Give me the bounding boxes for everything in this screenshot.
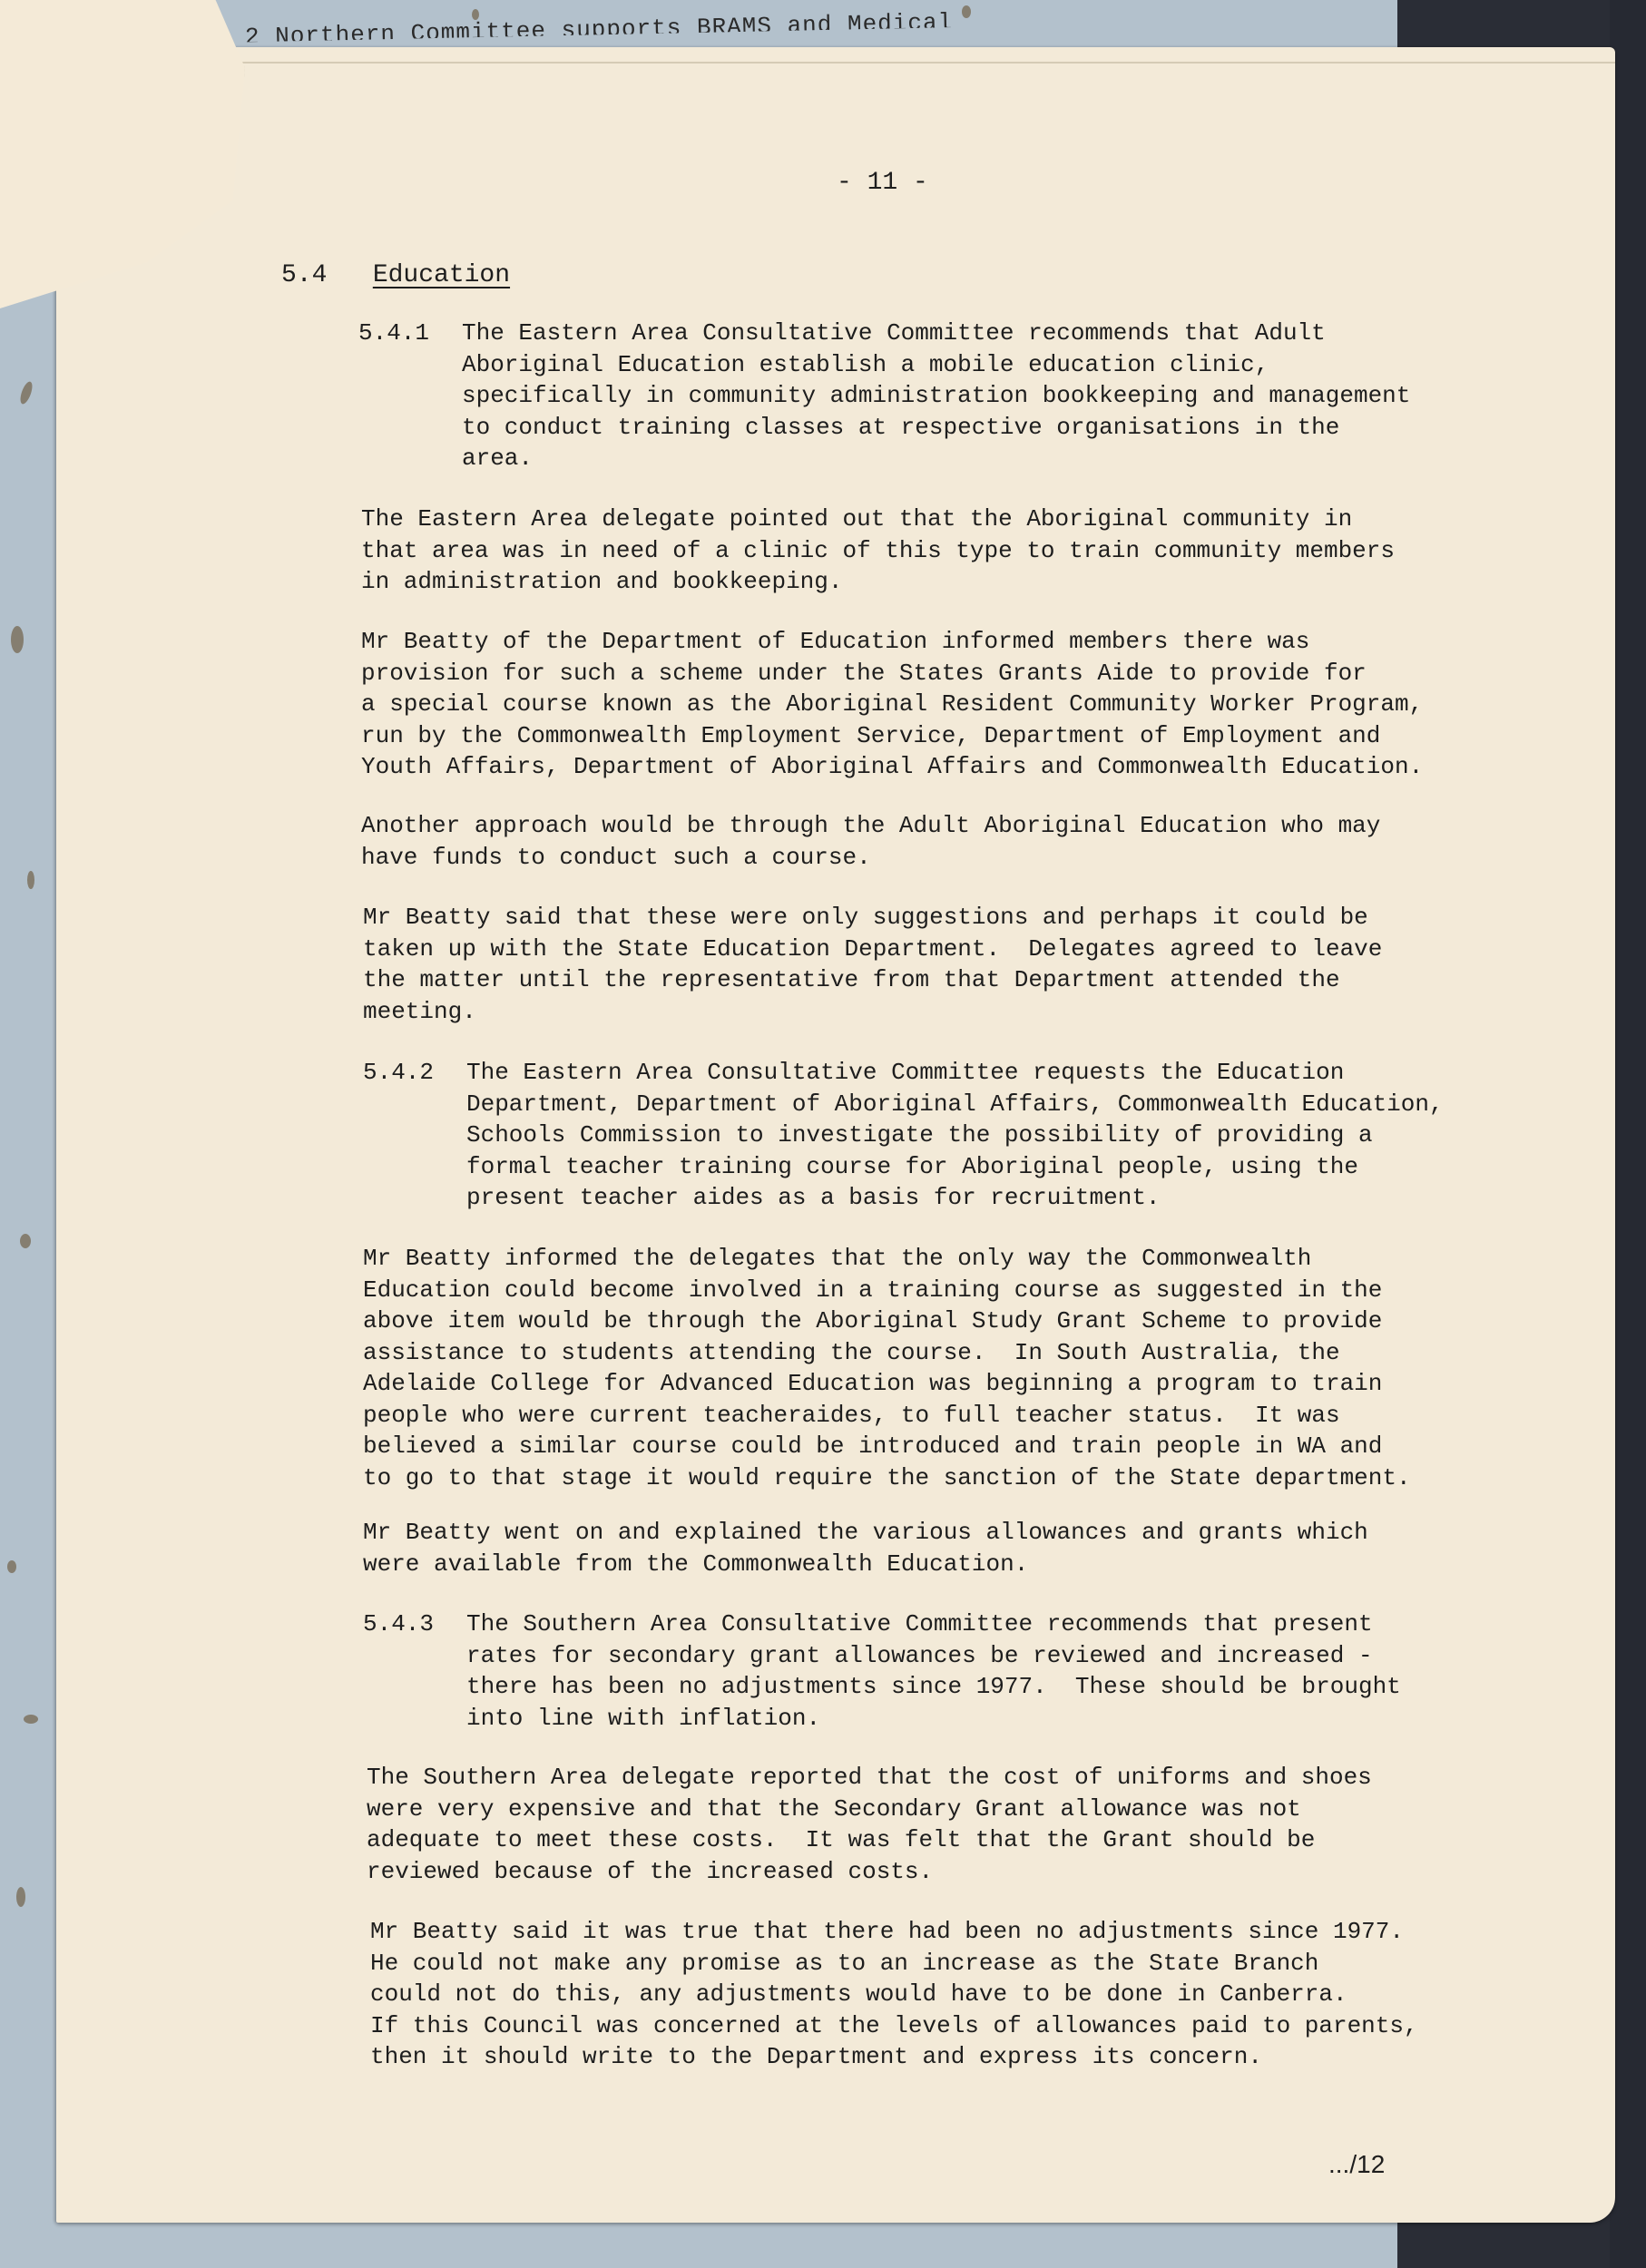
text-line: specifically in community administration… xyxy=(462,380,1410,412)
text-line: that area was in need of a clinic of thi… xyxy=(361,535,1395,567)
text-line: in administration and bookkeeping. xyxy=(361,566,1395,598)
text-line: Schools Commission to investigate the po… xyxy=(466,1119,1444,1151)
section-title: Education xyxy=(373,261,510,289)
text-line: Mr Beatty said that these were only sugg… xyxy=(363,902,1382,934)
text-line: people who were current teacheraides, to… xyxy=(363,1400,1411,1432)
text-line: area. xyxy=(462,443,1410,474)
text-line: the matter until the representative from… xyxy=(363,964,1382,996)
text-line: a special course known as the Aboriginal… xyxy=(361,689,1423,720)
text-line: Education could become involved in a tra… xyxy=(363,1275,1411,1306)
text-line: The Eastern Area Consultative Committee … xyxy=(466,1057,1444,1089)
text-line: Another approach would be through the Ad… xyxy=(361,810,1380,842)
paragraph: Mr Beatty informed the delegates that th… xyxy=(363,1243,1411,1493)
text-line: were very expensive and that the Seconda… xyxy=(367,1794,1372,1825)
paragraph: Mr Beatty of the Department of Education… xyxy=(361,626,1423,783)
text-line: The Southern Area delegate reported that… xyxy=(367,1762,1372,1794)
text-line: have funds to conduct such a course. xyxy=(361,842,1380,874)
paragraph: Mr Beatty went on and explained the vari… xyxy=(363,1517,1368,1579)
agenda-item-5-4-2: 5.4.2 The Eastern Area Consultative Comm… xyxy=(363,1057,1444,1214)
text-line: meeting. xyxy=(363,996,1382,1028)
text-line: rates for secondary grant allowances be … xyxy=(466,1640,1401,1672)
item-number: 5.4.2 xyxy=(363,1057,434,1089)
text-line: Department, Department of Aboriginal Aff… xyxy=(466,1089,1444,1120)
text-line: taken up with the State Education Depart… xyxy=(363,934,1382,965)
paragraph: The Eastern Area delegate pointed out th… xyxy=(361,503,1395,598)
section-heading: 5.4 Education xyxy=(281,261,510,289)
text-line: run by the Commonwealth Employment Servi… xyxy=(361,720,1423,752)
text-line: assistance to students attending the cou… xyxy=(363,1337,1411,1369)
text-line: Mr Beatty went on and explained the vari… xyxy=(363,1517,1368,1549)
text-line: If this Council was concerned at the lev… xyxy=(370,2010,1418,2042)
text-line: could not do this, any adjustments would… xyxy=(370,1979,1418,2010)
agenda-item-5-4-3: 5.4.3 The Southern Area Consultative Com… xyxy=(363,1608,1401,1734)
text-line: provision for such a scheme under the St… xyxy=(361,658,1423,689)
text-line: Aboriginal Education establish a mobile … xyxy=(462,349,1410,381)
scanner-background xyxy=(1610,0,1646,2268)
paragraph: Mr Beatty said it was true that there ha… xyxy=(370,1916,1418,2073)
text-line: The Southern Area Consultative Committee… xyxy=(466,1608,1401,1640)
text-line: The Eastern Area Consultative Committee … xyxy=(462,318,1410,349)
text-line: there has been no adjustments since 1977… xyxy=(466,1671,1401,1703)
item-number: 5.4.1 xyxy=(358,318,429,349)
agenda-item-5-4-1: 5.4.1 The Eastern Area Consultative Comm… xyxy=(358,318,1410,474)
text-line: were available from the Commonwealth Edu… xyxy=(363,1549,1368,1580)
continuation-marker: .../12 xyxy=(1328,2150,1385,2179)
text-line: Adelaide College for Advanced Education … xyxy=(363,1368,1411,1400)
text-line: Mr Beatty informed the delegates that th… xyxy=(363,1243,1411,1275)
text-line: above item would be through the Aborigin… xyxy=(363,1305,1411,1337)
text-line: He could not make any promise as to an i… xyxy=(370,1948,1418,1980)
text-line: to go to that stage it would require the… xyxy=(363,1462,1411,1494)
page-number: - 11 - xyxy=(837,169,928,197)
paragraph: Another approach would be through the Ad… xyxy=(361,810,1380,873)
text-line: to conduct training classes at respectiv… xyxy=(462,412,1410,444)
text-line: reviewed because of the increased costs. xyxy=(367,1856,1372,1888)
text-line: Youth Affairs, Department of Aboriginal … xyxy=(361,751,1423,783)
text-line: Mr Beatty said it was true that there ha… xyxy=(370,1916,1418,1948)
text-line: adequate to meet these costs. It was fel… xyxy=(367,1824,1372,1856)
paragraph: Mr Beatty said that these were only sugg… xyxy=(363,902,1382,1027)
text-line: believed a similar course could be intro… xyxy=(363,1431,1411,1462)
item-number: 5.4.3 xyxy=(363,1608,434,1640)
text-line: The Eastern Area delegate pointed out th… xyxy=(361,503,1395,535)
text-line: then it should write to the Department a… xyxy=(370,2041,1418,2073)
text-line: Mr Beatty of the Department of Education… xyxy=(361,626,1423,658)
text-line: present teacher aides as a basis for rec… xyxy=(466,1182,1444,1214)
text-line: formal teacher training course for Abori… xyxy=(466,1151,1444,1183)
text-line: into line with inflation. xyxy=(466,1703,1401,1735)
section-number: 5.4 xyxy=(281,261,358,289)
paragraph: The Southern Area delegate reported that… xyxy=(367,1762,1372,1887)
